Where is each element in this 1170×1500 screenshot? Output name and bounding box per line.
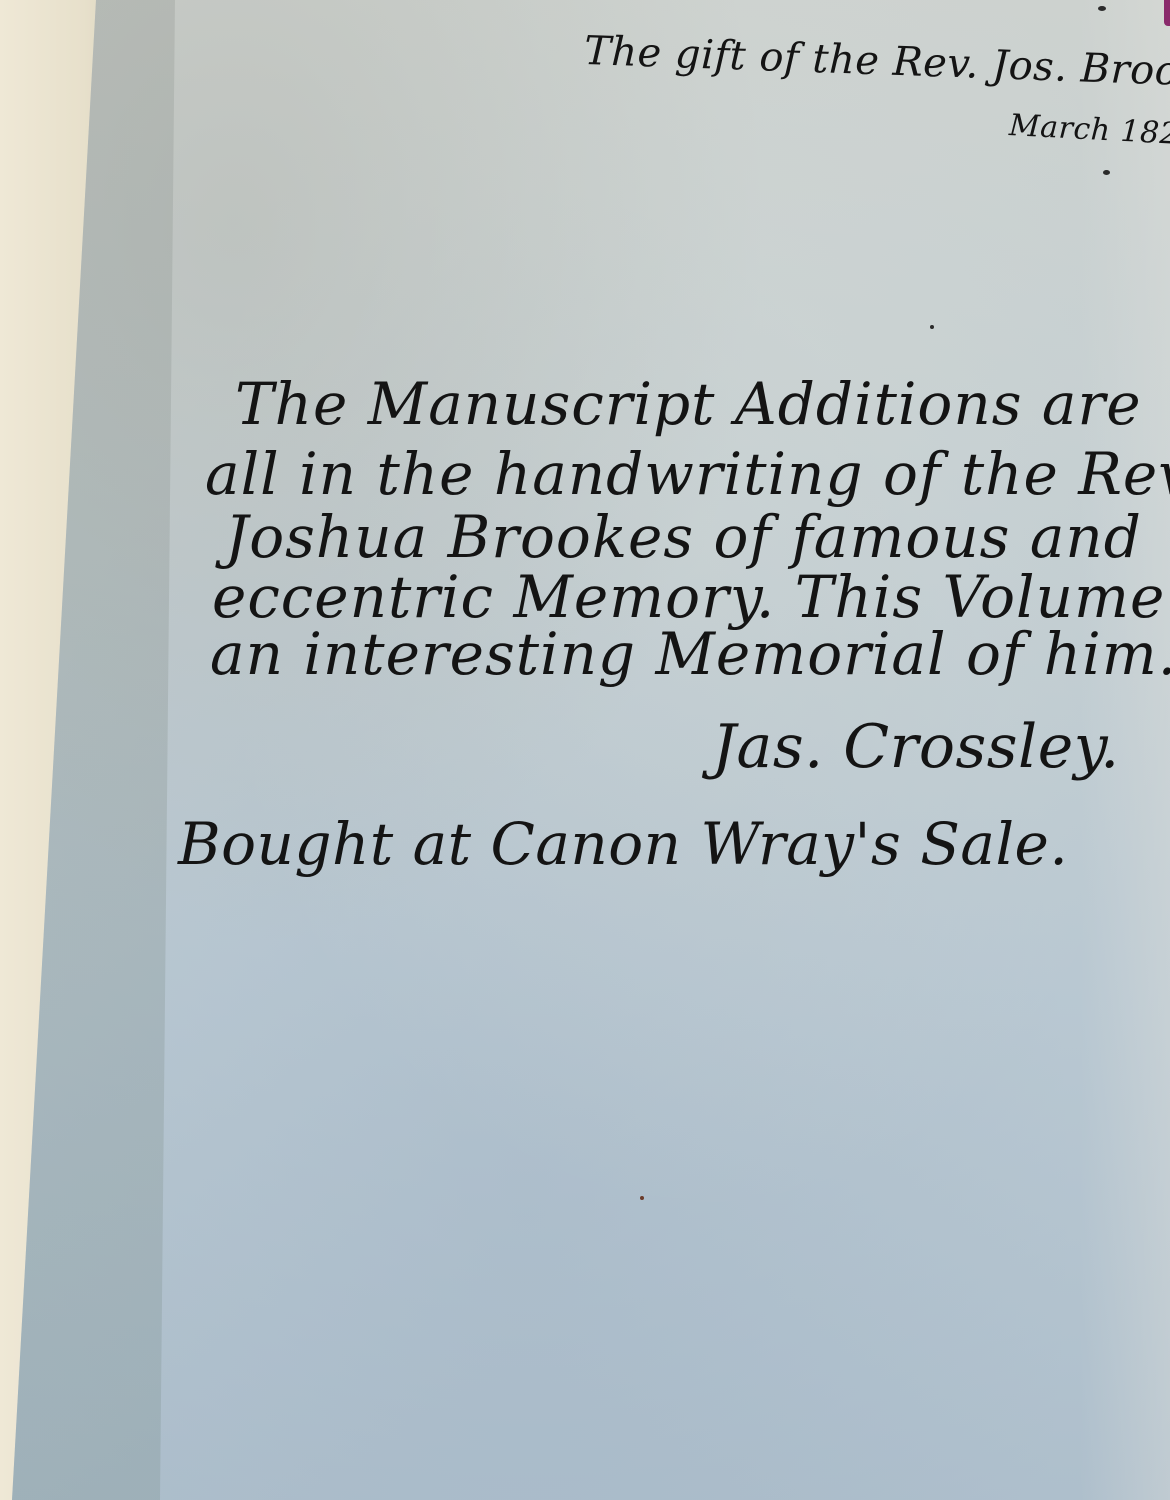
- ink-speck: [640, 1196, 644, 1200]
- book-page-photo: The gift of the Rev. Jos. Brookes March …: [0, 0, 1170, 1500]
- ink-speck: [1103, 170, 1110, 175]
- note-line-1: The Manuscript Additions are: [235, 370, 1142, 438]
- ink-speck: [930, 325, 934, 329]
- note-line-3: Joshua Brookes of famous and: [225, 503, 1142, 571]
- note-line-5: an interesting Memorial of him.: [210, 620, 1170, 688]
- bookmark-corner: [1164, 0, 1170, 26]
- ink-speck: [1098, 6, 1106, 11]
- provenance-note: Bought at Canon Wray's Sale.: [178, 810, 1068, 878]
- signature: Jas. Crossley.: [712, 712, 1120, 782]
- note-line-2: all in the handwriting of the Revd.: [205, 440, 1170, 508]
